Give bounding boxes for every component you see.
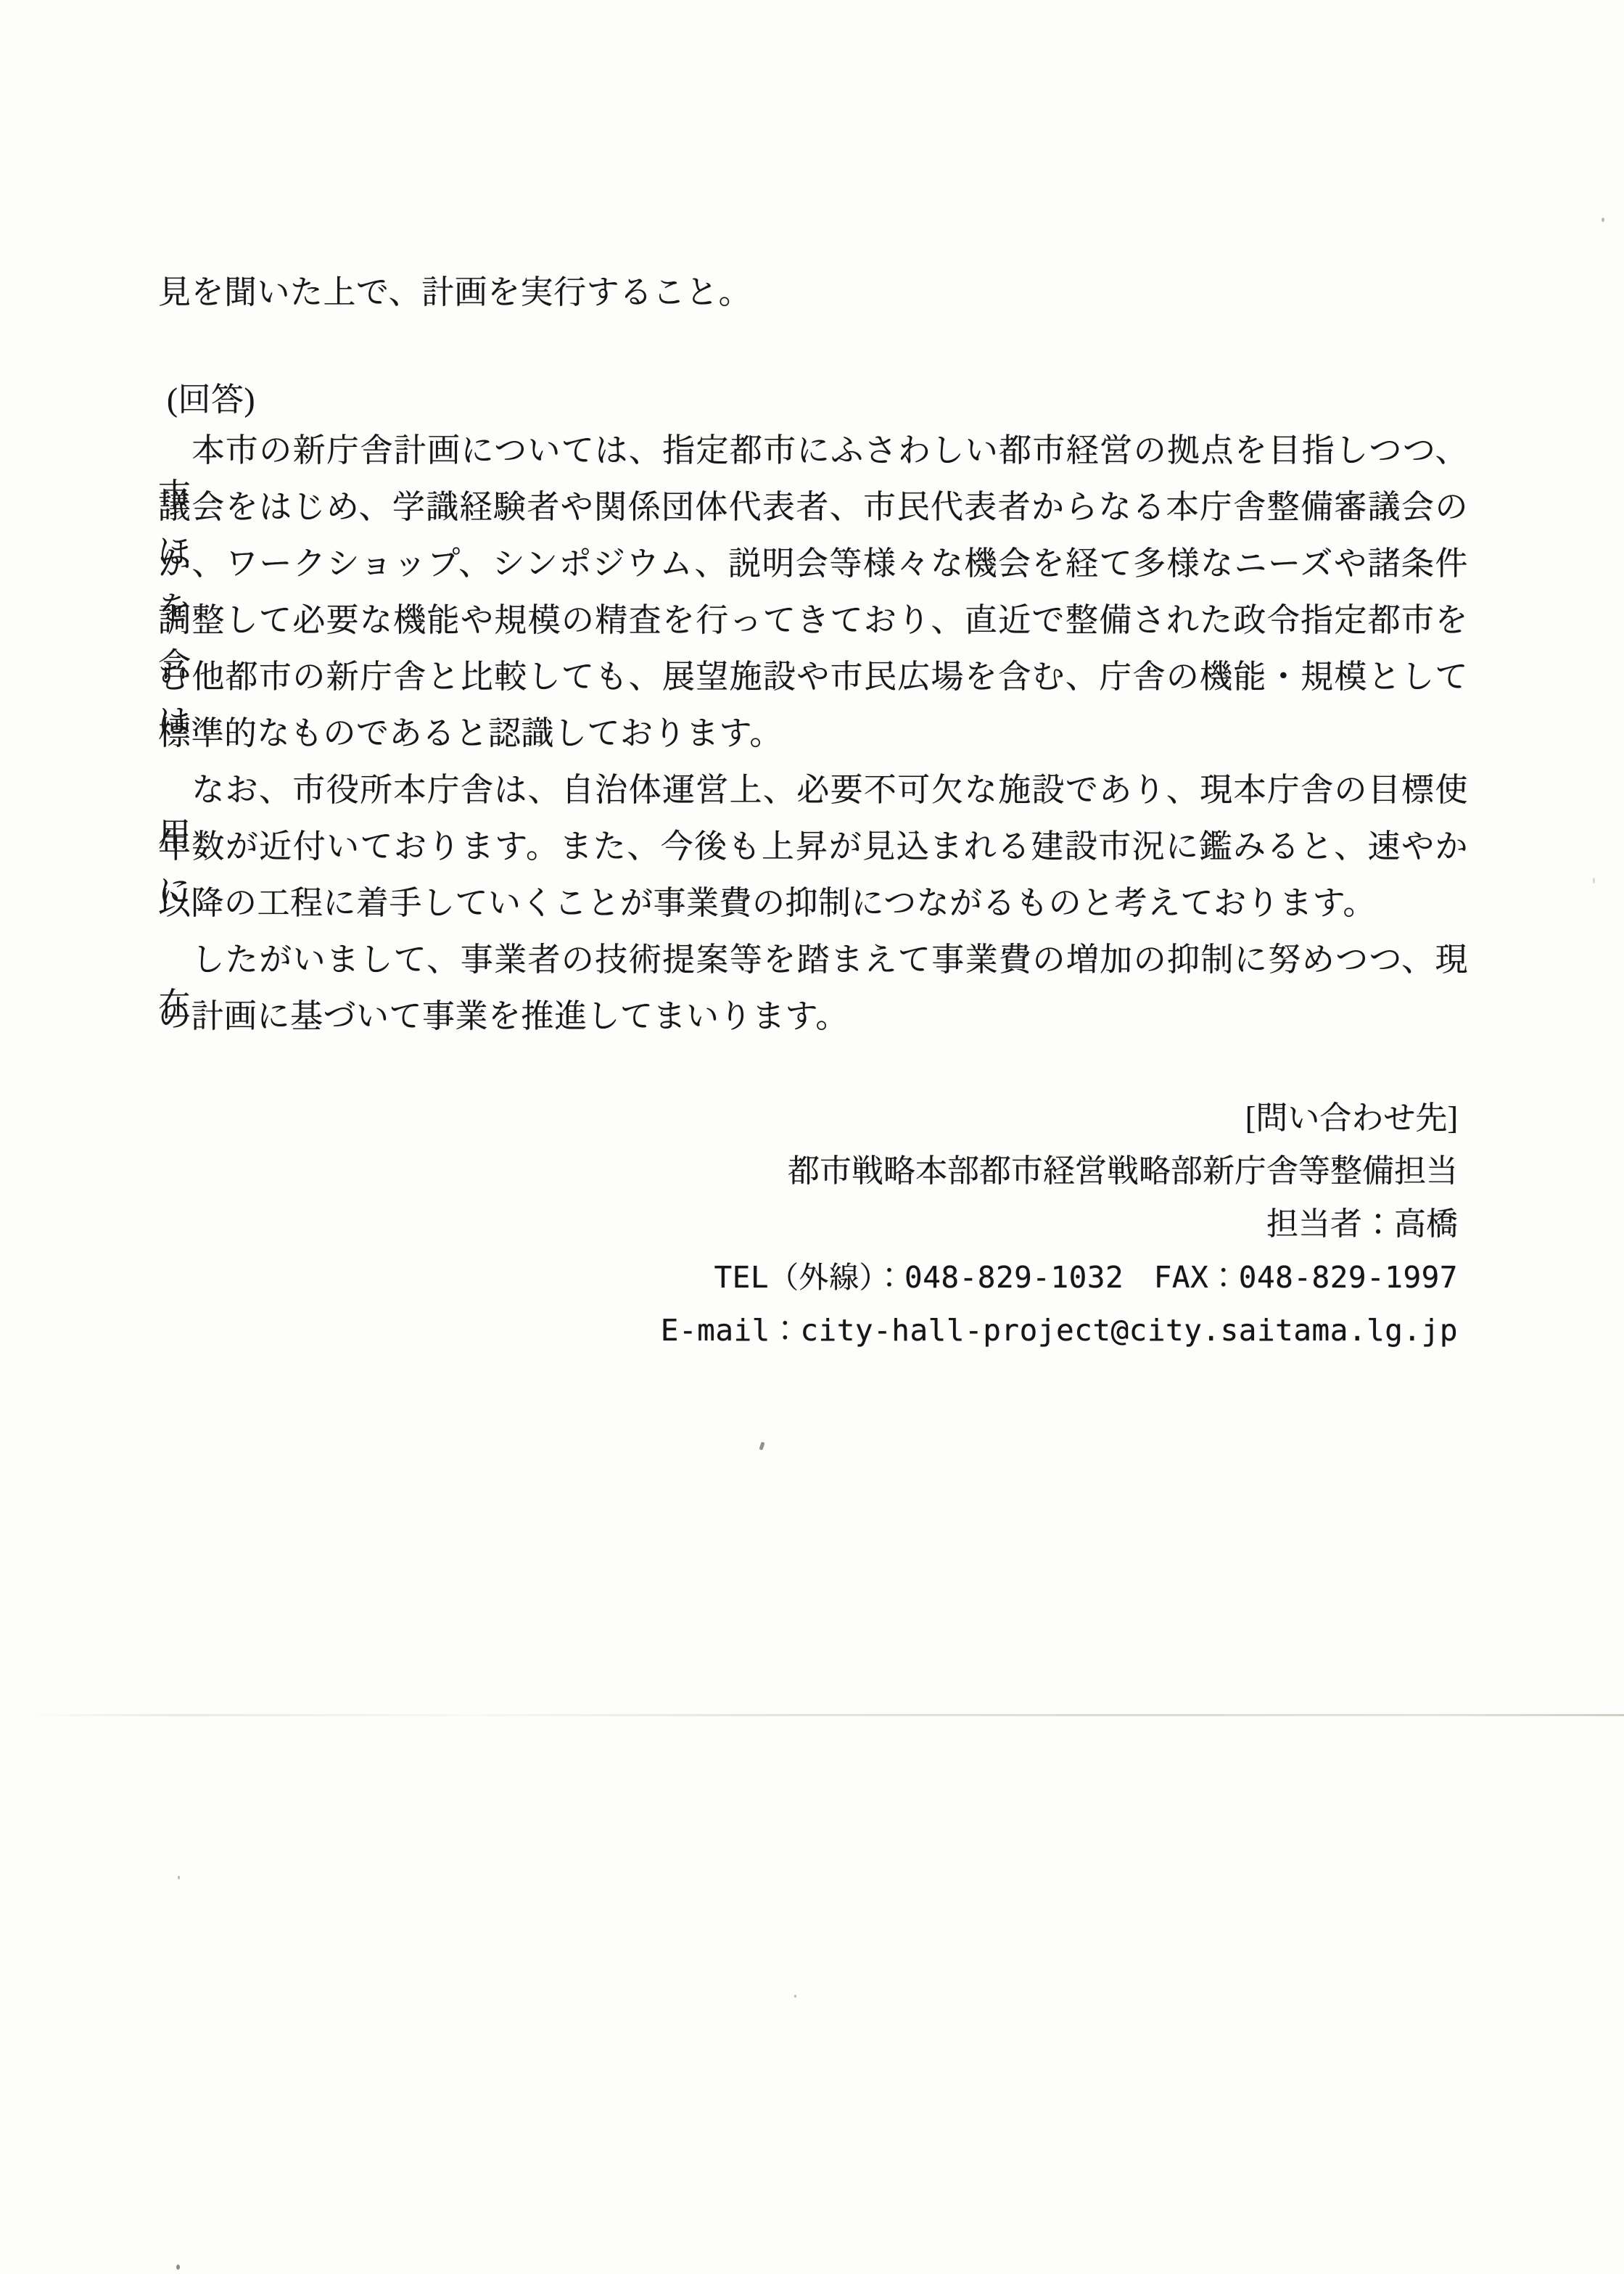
scan-speck	[794, 1995, 796, 1998]
contact-person: 担当者：高橋	[1266, 1203, 1458, 1246]
scan-speck	[178, 1876, 180, 1879]
scan-speck	[1602, 218, 1604, 222]
answer-label: (回答)	[167, 377, 1477, 422]
body-line: の計画に基づいて事業を推進してまいります。	[158, 994, 1468, 1039]
body-line: 以降の工程に着手していくことが事業費の抑制につながるものと考えております。	[158, 881, 1468, 926]
scan-speck	[759, 1441, 764, 1450]
contact-email: E-mail：city-hall-project@city.saitama.lg…	[661, 1309, 1458, 1352]
scan-speck	[1593, 878, 1595, 883]
scanned-document-page: 見を聞いた上で、計画を実行すること。 (回答) 本市の新庁舎計画については、指定…	[0, 0, 1624, 2274]
contact-header: [問い合わせ先]	[1245, 1097, 1458, 1140]
scan-artifact-line	[22, 1714, 1624, 1716]
body-line: 標準的なものであると認識しております。	[158, 711, 1468, 756]
contact-tel-fax: TEL（外線）：048-829-1032 FAX：048-829-1997	[714, 1256, 1458, 1299]
contact-department: 都市戦略本部都市経営戦略部新庁舎等整備担当	[788, 1150, 1458, 1193]
scan-speck	[176, 2265, 180, 2270]
continuation-line: 見を聞いた上で、計画を実行すること。	[158, 270, 1468, 315]
